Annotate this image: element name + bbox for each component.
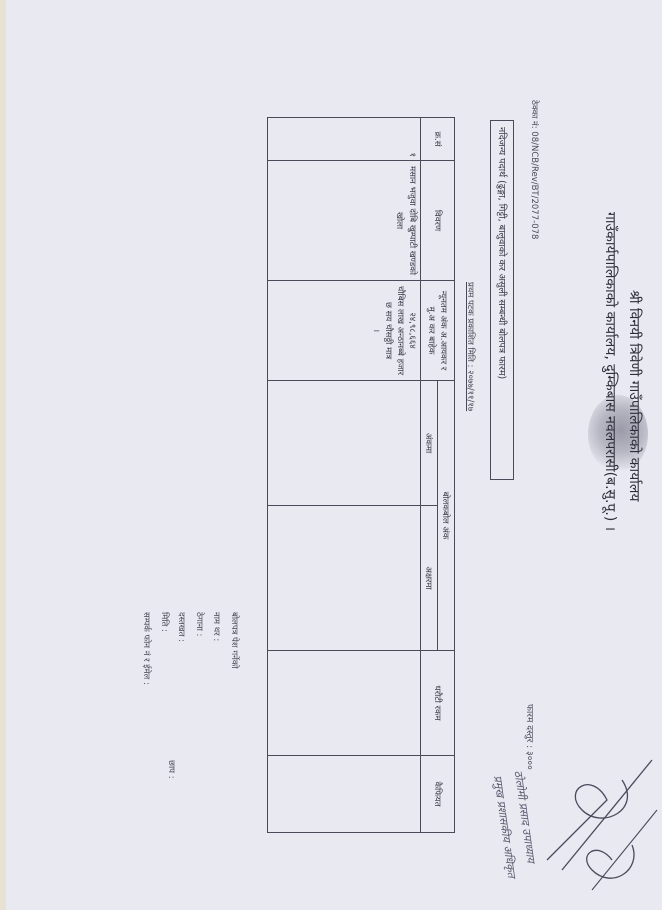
row-in-figures[interactable] xyxy=(268,381,421,506)
row-remarks[interactable] xyxy=(268,756,421,833)
form-title-box: नदिजन्य पदार्थ (ढुङ्गा, गिट्टी, बालुवाको… xyxy=(490,120,514,480)
bidder-signature-field: दस्तखत : xyxy=(172,612,190,685)
bidder-address-field: ठेगाना : xyxy=(190,612,208,685)
header-serial: क्र.सं xyxy=(421,118,455,161)
row-minimum-amount: २४,९८,६६४ चौबिस लाख अन्ठानब्बे हजार छ सय… xyxy=(268,281,421,381)
rotated-document: श्री विनयी त्रिवेणी गाउँपालिकाको कार्याल… xyxy=(0,0,662,910)
bidder-date-field: मिति : xyxy=(155,612,173,685)
row-deposit-amount[interactable] xyxy=(268,651,421,756)
header-in-figures: अंकमा xyxy=(421,381,438,506)
header-in-words: अक्षरमा xyxy=(421,506,438,651)
header-bid-amount-group: बोलकबोल अंक xyxy=(438,381,455,651)
seal-field: छाप : xyxy=(166,760,177,779)
reference-number: ठेक्का नं: 08/NCB/Rev/BT/2077-078 xyxy=(529,100,540,239)
office-subtitle: गाउँकार्यपालिकाको कार्यालय, दुम्किबास नव… xyxy=(601,212,620,531)
minimum-amount-figure: २४,९८,६६४ xyxy=(406,284,418,377)
header-remarks: कैफियत xyxy=(421,756,455,833)
header-deposit-amount: धरौटी रकम xyxy=(421,651,455,756)
publication-date: प्रथम पटक प्रकाशित मिति : २०७७/११/१७ xyxy=(465,282,476,411)
minimum-amount-words: चौबिस लाख अन्ठानब्बे हजार छ सय चौसठ्ठी म… xyxy=(382,284,406,377)
bidder-signature-block: बोलपत्र पेश गर्नेको नाम थर : ठेगाना : दस… xyxy=(137,612,242,685)
bidder-name-field: नाम थर : xyxy=(207,612,225,685)
minimum-amount-end: । xyxy=(370,284,382,377)
bidder-title: बोलपत्र पेश गर्नेको xyxy=(225,612,243,685)
header-description: विवरण xyxy=(421,161,455,281)
handwritten-signature-icon xyxy=(532,750,662,900)
row-in-words[interactable] xyxy=(268,506,421,651)
office-title: श्री विनयी त्रिवेणी गाउँपालिकाको कार्याल… xyxy=(625,290,644,502)
bid-table: क्र.सं विवरण न्यूनतम अंक अ.आयकर र मु.अ क… xyxy=(267,117,455,833)
row-description: मसान भजुवा दोबि खुम्पाटी खण्डको खोला xyxy=(268,161,421,281)
table-row: १ मसान भजुवा दोबि खुम्पाटी खण्डको खोला २… xyxy=(268,118,421,833)
bidder-contact-field: सम्पर्क फोन नं र ईमेल : xyxy=(137,612,155,685)
header-minimum-amount: न्यूनतम अंक अ.आयकर र मु.अ कर बाहेक xyxy=(421,281,455,381)
row-serial: १ xyxy=(268,118,421,161)
